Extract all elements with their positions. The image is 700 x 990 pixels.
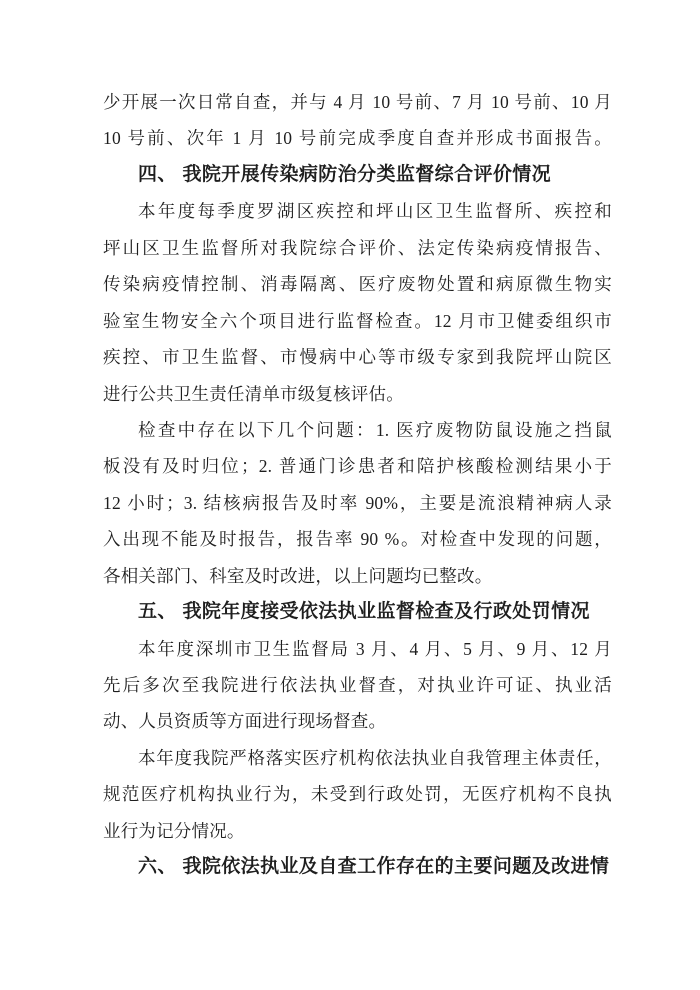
text-line: 本年度我院严格落实医疗机构依法执业自我管理主体责任， [103, 740, 612, 776]
section-heading: 四、 我院开展传染病防治分类监督综合评价情况 [103, 157, 612, 193]
text-line: 10 号前、次年 1 月 10 号前完成季度自查并形成书面报告。 [103, 120, 612, 156]
text-line: 先后多次至我院进行依法执业督查，对执业许可证、执业活 [103, 667, 612, 703]
text-line: 动、人员资质等方面进行现场督查。 [103, 703, 612, 739]
text-line: 本年度每季度罗湖区疾控和坪山区卫生监督所、疾控和 [103, 193, 612, 229]
text-line: 业行为记分情况。 [103, 813, 612, 849]
text-line: 规范医疗机构执业行为，未受到行政处罚，无医疗机构不良执 [103, 776, 612, 812]
text-line: 入出现不能及时报告，报告率 90 %。对检查中发现的问题， [103, 521, 612, 557]
paragraph: 本年度深圳市卫生监督局 3 月、4 月、5 月、9 月、12 月先后多次至我院进… [103, 631, 612, 740]
text-line: 各相关部门、科室及时改进，以上问题均已整改。 [103, 558, 612, 594]
text-line: 传染病疫情控制、消毒隔离、医疗废物处置和病原微生物实 [103, 266, 612, 302]
text-line: 四、 我院开展传染病防治分类监督综合评价情况 [103, 157, 612, 193]
section-heading: 五、 我院年度接受依法执业监督检查及行政处罚情况 [103, 594, 612, 630]
document-content: 少开展一次日常自查，并与 4 月 10 号前、7 月 10 号前、10 月10 … [103, 84, 612, 886]
text-line: 五、 我院年度接受依法执业监督检查及行政处罚情况 [103, 594, 612, 630]
text-line: 检查中存在以下几个问题：1. 医疗废物防鼠设施之挡鼠 [103, 412, 612, 448]
text-line: 六、 我院依法执业及自查工作存在的主要问题及改进情 [103, 849, 612, 885]
text-line: 进行公共卫生责任清单市级复核评估。 [103, 376, 612, 412]
paragraph: 本年度我院严格落实医疗机构依法执业自我管理主体责任，规范医疗机构执业行为，未受到… [103, 740, 612, 849]
text-line: 验室生物安全六个项目进行监督检查。12 月市卫健委组织市 [103, 303, 612, 339]
text-line: 12 小时；3. 结核病报告及时率 90%，主要是流浪精神病人录 [103, 485, 612, 521]
text-line: 板没有及时归位；2. 普通门诊患者和陪护核酸检测结果小于 [103, 448, 612, 484]
text-line: 少开展一次日常自查，并与 4 月 10 号前、7 月 10 号前、10 月 [103, 84, 612, 120]
text-line: 疾控、市卫生监督、市慢病中心等市级专家到我院坪山院区 [103, 339, 612, 375]
section-heading: 六、 我院依法执业及自查工作存在的主要问题及改进情 [103, 849, 612, 885]
text-line: 坪山区卫生监督所对我院综合评价、法定传染病疫情报告、 [103, 230, 612, 266]
text-line: 本年度深圳市卫生监督局 3 月、4 月、5 月、9 月、12 月 [103, 631, 612, 667]
document-page: 少开展一次日常自查，并与 4 月 10 号前、7 月 10 号前、10 月10 … [0, 0, 700, 990]
paragraph: 少开展一次日常自查，并与 4 月 10 号前、7 月 10 号前、10 月10 … [103, 84, 612, 157]
paragraph: 本年度每季度罗湖区疾控和坪山区卫生监督所、疾控和坪山区卫生监督所对我院综合评价、… [103, 193, 612, 412]
paragraph: 检查中存在以下几个问题：1. 医疗废物防鼠设施之挡鼠板没有及时归位；2. 普通门… [103, 412, 612, 594]
